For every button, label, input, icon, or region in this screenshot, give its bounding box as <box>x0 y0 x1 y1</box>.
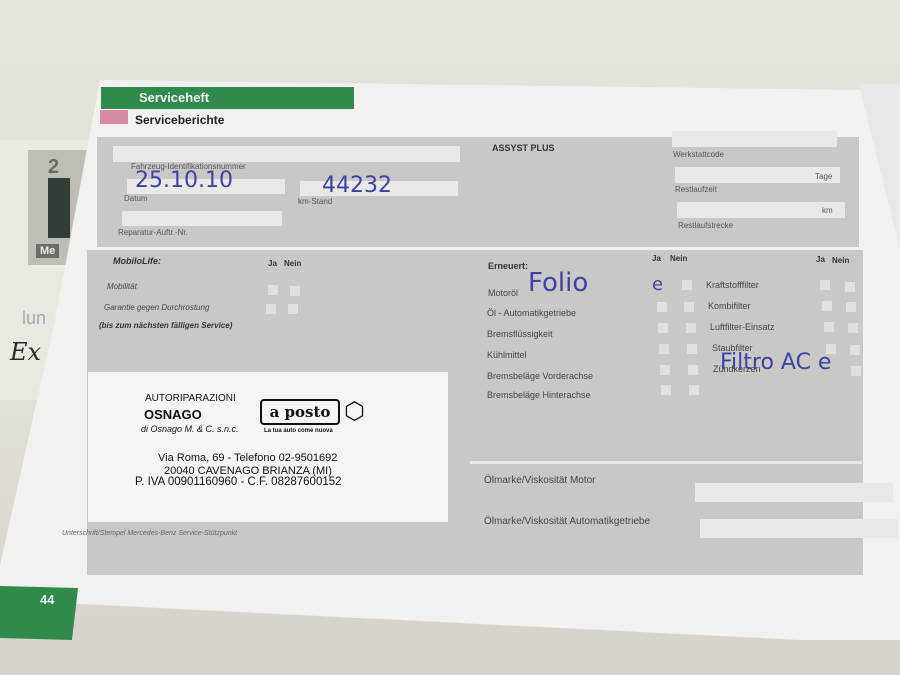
remaining-distance-label: Restlaufstrecke <box>678 221 733 230</box>
stamp-line3: di Osnago M. & C. s.n.c. <box>141 424 239 434</box>
stamp-line2: OSNAGO <box>144 407 202 422</box>
air-filter-no-checkbox[interactable] <box>848 323 858 333</box>
renewed-title: Erneuert: <box>488 261 528 271</box>
page-number-tab: 44 <box>0 586 78 640</box>
background-tag: Me <box>36 244 59 258</box>
oil-auto-field[interactable] <box>700 519 898 538</box>
brake-fluid-no-checkbox[interactable] <box>686 323 696 333</box>
assyst-title: ASSYST PLUS <box>492 143 555 153</box>
corrosion-no-checkbox[interactable] <box>288 304 298 314</box>
coolant-no-checkbox[interactable] <box>687 344 697 354</box>
remaining-distance-field[interactable] <box>677 202 845 218</box>
page-number: 44 <box>40 592 54 607</box>
floor-background <box>0 640 900 675</box>
front-brake-pads-label: Bremsbeläge Vorderachse <box>487 371 593 381</box>
background-text: lun <box>22 308 46 329</box>
rear-brake-pads-no-checkbox[interactable] <box>689 385 699 395</box>
oil-auto-label: Ölmarke/Viskosität Automatikgetriebe <box>484 516 650 527</box>
front-brake-pads-no-checkbox[interactable] <box>688 365 698 375</box>
background-letter <box>48 178 70 238</box>
renewed-yes-header-right: Ja <box>816 255 825 264</box>
remaining-time-unit: Tage <box>815 172 832 181</box>
brake-fluid-label: Bremsflüssigkeit <box>487 329 553 339</box>
mobilolife-note: (bis zum nächsten fälligen Service) <box>99 321 232 330</box>
spark-plugs-no-checkbox[interactable] <box>851 366 861 376</box>
mobilolife-no-header: Nein <box>284 259 301 268</box>
date-value: 25.10.10 <box>135 168 233 193</box>
remaining-distance-unit: km <box>822 206 833 215</box>
mobility-label: Mobilität <box>107 282 137 291</box>
spark-plugs-handwriting: Filtro AC e <box>720 350 831 375</box>
auto-trans-oil-yes-checkbox[interactable] <box>657 302 667 312</box>
mobilolife-title: MobiloLife: <box>113 256 161 266</box>
remaining-time-label: Restlaufzeit <box>675 185 717 194</box>
fuel-filter-no-checkbox[interactable] <box>845 282 855 292</box>
workshop-stamp: AUTORIPARAZIONI OSNAGO di Osnago M. & C.… <box>88 372 448 522</box>
stamp-line1: AUTORIPARAZIONI <box>145 393 236 404</box>
workshop-code-label: Werkstattcode <box>673 150 724 159</box>
coolant-label: Kühlmittel <box>487 350 527 360</box>
logo-tagline: La tua auto come nuova <box>264 428 333 434</box>
auto-trans-oil-no-checkbox[interactable] <box>684 302 694 312</box>
combi-filter-yes-checkbox[interactable] <box>822 301 832 311</box>
vin-field[interactable] <box>113 146 460 162</box>
stamp-tax: P. IVA 00901160960 - C.F. 08287600152 <box>135 476 342 488</box>
renewed-no-header: Nein <box>670 254 687 263</box>
order-label: Reparatur-Auftr.-Nr. <box>118 228 188 237</box>
section-marker <box>100 110 128 124</box>
page-title: Serviceberichte <box>135 113 224 127</box>
brake-fluid-yes-checkbox[interactable] <box>658 323 668 333</box>
motor-oil-label: Motoröl <box>488 288 518 298</box>
mobility-no-checkbox[interactable] <box>290 286 300 296</box>
fuel-filter-yes-checkbox[interactable] <box>820 280 830 290</box>
section-header: Serviceheft <box>101 87 354 109</box>
motor-oil-no-checkbox[interactable] <box>682 280 692 290</box>
mobility-yes-checkbox[interactable] <box>268 285 278 295</box>
km-label: km-Stand <box>298 197 332 206</box>
corrosion-guarantee-label: Garantie gegen Durchrostung <box>104 303 209 312</box>
combi-filter-no-checkbox[interactable] <box>846 302 856 312</box>
air-filter-yes-checkbox[interactable] <box>824 322 834 332</box>
fuel-filter-label: Kraftstofffilter <box>706 280 759 290</box>
coolant-yes-checkbox[interactable] <box>659 344 669 354</box>
divider <box>470 461 862 464</box>
renewed-yes-header: Ja <box>652 254 661 263</box>
front-brake-pads-yes-checkbox[interactable] <box>660 365 670 375</box>
rear-brake-pads-yes-checkbox[interactable] <box>661 385 671 395</box>
background-handwriting: Ex <box>10 338 41 366</box>
motor-oil-handwriting: Folio <box>528 268 588 298</box>
mobilolife-yes-header: Ja <box>268 259 277 268</box>
oil-motor-field[interactable] <box>695 483 893 502</box>
signature-label: Unterschrift/Stempel Mercedes-Benz Servi… <box>62 530 237 537</box>
corrosion-yes-checkbox[interactable] <box>266 304 276 314</box>
renewed-no-header-right: Nein <box>832 256 849 265</box>
km-value: 44232 <box>322 173 392 198</box>
date-label: Datum <box>124 194 148 203</box>
background-page-number: 2 <box>48 156 59 179</box>
oil-motor-label: Ölmarke/Viskosität Motor <box>484 475 596 486</box>
rear-brake-pads-label: Bremsbeläge Hinterachse <box>487 390 591 400</box>
air-filter-label: Luftfilter-Einsatz <box>710 322 775 332</box>
stamp-address: Via Roma, 69 - Telefono 02-9501692 <box>158 452 337 464</box>
motor-oil-yes-mark[interactable]: e <box>652 274 663 295</box>
dust-filter-no-checkbox[interactable] <box>850 345 860 355</box>
hexagon-logo-icon: ⬡ <box>344 397 365 426</box>
combi-filter-label: Kombifilter <box>708 301 751 311</box>
a-posto-logo: a posto <box>260 399 340 425</box>
workshop-code-field[interactable] <box>672 131 837 147</box>
order-field[interactable] <box>122 211 282 226</box>
auto-trans-oil-label: Öl - Automatikgetriebe <box>487 308 576 318</box>
